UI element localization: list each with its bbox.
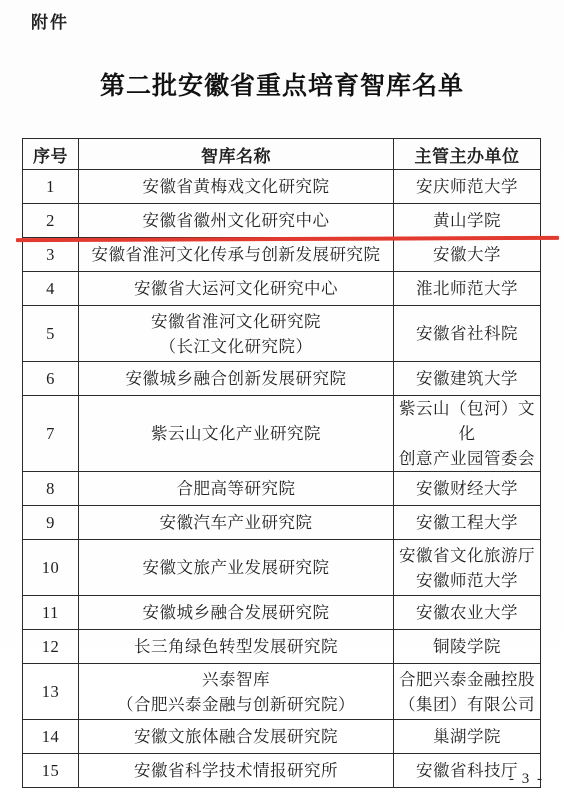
cell-text-line: 安徽省徽州文化研究中心 xyxy=(81,208,391,233)
serial-cell: 12 xyxy=(23,630,79,664)
thinktank-name-cell: 安徽城乡融合创新发展研究院 xyxy=(79,362,394,396)
page-title: 第二批安徽省重点培育智库名单 xyxy=(0,66,564,102)
serial-cell: 7 xyxy=(23,396,79,472)
supervising-org-cell: 黄山学院 xyxy=(394,204,541,238)
cell-text-line: 安庆师范大学 xyxy=(396,174,538,199)
cell-text-line: 安徽文旅产业发展研究院 xyxy=(81,555,391,580)
table-row: 6安徽城乡融合创新发展研究院安徽建筑大学 xyxy=(23,362,541,396)
page-number: - 3 - xyxy=(509,771,544,788)
supervising-org-cell: 安徽大学 xyxy=(394,238,541,272)
cell-text-line: 黄山学院 xyxy=(396,208,538,233)
table-row: 2安徽省徽州文化研究中心黄山学院 xyxy=(23,204,541,238)
supervising-org-cell: 合肥兴泰金融控股（集团）有限公司 xyxy=(394,664,541,720)
serial-cell: 9 xyxy=(23,506,79,540)
attachment-label: 附件 xyxy=(31,8,69,33)
thinktank-name-cell: 安徽省淮河文化研究院（长江文化研究院） xyxy=(79,306,394,362)
supervising-org-cell: 安徽财经大学 xyxy=(394,472,541,506)
thinktank-name-cell: 安徽省科学技术情报研究所 xyxy=(79,754,394,788)
thinktank-name-cell: 安徽文旅体融合发展研究院 xyxy=(79,720,394,754)
cell-text-line: 安徽省社科院 xyxy=(396,321,538,346)
cell-text-line: 安徽省淮河文化研究院 xyxy=(81,309,391,334)
header-supervising-org: 主管主办单位 xyxy=(394,139,541,170)
serial-cell: 10 xyxy=(23,540,79,596)
cell-text-line: （长江文化研究院） xyxy=(81,334,391,359)
serial-cell: 8 xyxy=(23,472,79,506)
table-row: 5安徽省淮河文化研究院（长江文化研究院）安徽省社科院 xyxy=(23,306,541,362)
cell-text-line: 安徽师范大学 xyxy=(396,568,538,593)
cell-text-line: 合肥高等研究院 xyxy=(81,476,391,501)
cell-text-line: 安徽省大运河文化研究中心 xyxy=(81,276,391,301)
thinktank-name-cell: 合肥高等研究院 xyxy=(79,472,394,506)
table-row: 4安徽省大运河文化研究中心淮北师范大学 xyxy=(23,272,541,306)
cell-text-line: 安徽省淮河文化传承与创新发展研究院 xyxy=(81,242,391,267)
cell-text-line: 安徽文旅体融合发展研究院 xyxy=(81,724,391,749)
cell-text-line: 安徽省科学技术情报研究所 xyxy=(81,758,391,783)
cell-text-line: 安徽大学 xyxy=(396,242,538,267)
serial-cell: 14 xyxy=(23,720,79,754)
table-row: 3安徽省淮河文化传承与创新发展研究院安徽大学 xyxy=(23,238,541,272)
thinktank-name-cell: 紫云山文化产业研究院 xyxy=(79,396,394,472)
supervising-org-cell: 淮北师范大学 xyxy=(394,272,541,306)
header-serial: 序号 xyxy=(23,139,79,170)
supervising-org-cell: 安徽农业大学 xyxy=(394,596,541,630)
table-row: 13兴泰智库（合肥兴泰金融与创新研究院）合肥兴泰金融控股（集团）有限公司 xyxy=(23,664,541,720)
supervising-org-cell: 巢湖学院 xyxy=(394,720,541,754)
thinktank-name-cell: 安徽省徽州文化研究中心 xyxy=(79,204,394,238)
table-row: 11安徽城乡融合发展研究院安徽农业大学 xyxy=(23,596,541,630)
table-row: 14安徽文旅体融合发展研究院巢湖学院 xyxy=(23,720,541,754)
cell-text-line: 紫云山文化产业研究院 xyxy=(81,421,391,446)
cell-text-line: 安徽建筑大学 xyxy=(396,366,538,391)
cell-text-line: （集团）有限公司 xyxy=(396,692,538,717)
serial-cell: 13 xyxy=(23,664,79,720)
cell-text-line: 铜陵学院 xyxy=(396,634,538,659)
supervising-org-cell: 铜陵学院 xyxy=(394,630,541,664)
cell-text-line: 安徽城乡融合发展研究院 xyxy=(81,600,391,625)
thinktank-name-cell: 长三角绿色转型发展研究院 xyxy=(79,630,394,664)
table-row: 12长三角绿色转型发展研究院铜陵学院 xyxy=(23,630,541,664)
serial-cell: 2 xyxy=(23,204,79,238)
table-row: 9安徽汽车产业研究院安徽工程大学 xyxy=(23,506,541,540)
cell-text-line: （合肥兴泰金融与创新研究院） xyxy=(81,692,391,717)
cell-text-line: 巢湖学院 xyxy=(396,724,538,749)
cell-text-line: 合肥兴泰金融控股 xyxy=(396,667,538,692)
cell-text-line: 安徽农业大学 xyxy=(396,600,538,625)
table-header-row: 序号 智库名称 主管主办单位 xyxy=(23,139,541,170)
serial-cell: 5 xyxy=(23,306,79,362)
table-row: 1安徽省黄梅戏文化研究院安庆师范大学 xyxy=(23,170,541,204)
thinktank-name-cell: 安徽城乡融合发展研究院 xyxy=(79,596,394,630)
cell-text-line: 安徽省黄梅戏文化研究院 xyxy=(81,174,391,199)
serial-cell: 4 xyxy=(23,272,79,306)
supervising-org-cell: 安徽省社科院 xyxy=(394,306,541,362)
thinktank-name-cell: 安徽省大运河文化研究中心 xyxy=(79,272,394,306)
table-row: 7紫云山文化产业研究院紫云山（包河）文化创意产业园管委会 xyxy=(23,396,541,472)
thinktank-table-body: 1安徽省黄梅戏文化研究院安庆师范大学2安徽省徽州文化研究中心黄山学院3安徽省淮河… xyxy=(23,170,541,788)
serial-cell: 15 xyxy=(23,754,79,788)
serial-cell: 6 xyxy=(23,362,79,396)
cell-text-line: 安徽省文化旅游厅 xyxy=(396,543,538,568)
table-header: 序号 智库名称 主管主办单位 xyxy=(23,139,541,170)
thinktank-name-cell: 安徽省黄梅戏文化研究院 xyxy=(79,170,394,204)
cell-text-line: 安徽汽车产业研究院 xyxy=(81,510,391,535)
header-thinktank-name: 智库名称 xyxy=(79,139,394,170)
cell-text-line: 兴泰智库 xyxy=(81,667,391,692)
cell-text-line: 紫云山（包河）文化 xyxy=(396,396,538,446)
serial-cell: 1 xyxy=(23,170,79,204)
table-row: 10安徽文旅产业发展研究院安徽省文化旅游厅安徽师范大学 xyxy=(23,540,541,596)
thinktank-name-cell: 安徽省淮河文化传承与创新发展研究院 xyxy=(79,238,394,272)
cell-text-line: 淮北师范大学 xyxy=(396,276,538,301)
table-row: 15安徽省科学技术情报研究所安徽省科技厅 xyxy=(23,754,541,788)
supervising-org-cell: 紫云山（包河）文化创意产业园管委会 xyxy=(394,396,541,472)
supervising-org-cell: 安徽省文化旅游厅安徽师范大学 xyxy=(394,540,541,596)
thinktank-name-cell: 安徽汽车产业研究院 xyxy=(79,506,394,540)
serial-cell: 3 xyxy=(23,238,79,272)
supervising-org-cell: 安庆师范大学 xyxy=(394,170,541,204)
cell-text-line: 安徽城乡融合创新发展研究院 xyxy=(81,366,391,391)
scanned-document-page: 附件 第二批安徽省重点培育智库名单 序号 智库名称 主管主办单位 1安徽省黄梅戏… xyxy=(0,0,564,803)
table-row: 8合肥高等研究院安徽财经大学 xyxy=(23,472,541,506)
cell-text-line: 长三角绿色转型发展研究院 xyxy=(81,634,391,659)
serial-cell: 11 xyxy=(23,596,79,630)
cell-text-line: 创意产业园管委会 xyxy=(396,446,538,471)
cell-text-line: 安徽财经大学 xyxy=(396,476,538,501)
thinktank-name-cell: 安徽文旅产业发展研究院 xyxy=(79,540,394,596)
cell-text-line: 安徽工程大学 xyxy=(396,510,538,535)
supervising-org-cell: 安徽工程大学 xyxy=(394,506,541,540)
supervising-org-cell: 安徽建筑大学 xyxy=(394,362,541,396)
thinktank-name-cell: 兴泰智库（合肥兴泰金融与创新研究院） xyxy=(79,664,394,720)
